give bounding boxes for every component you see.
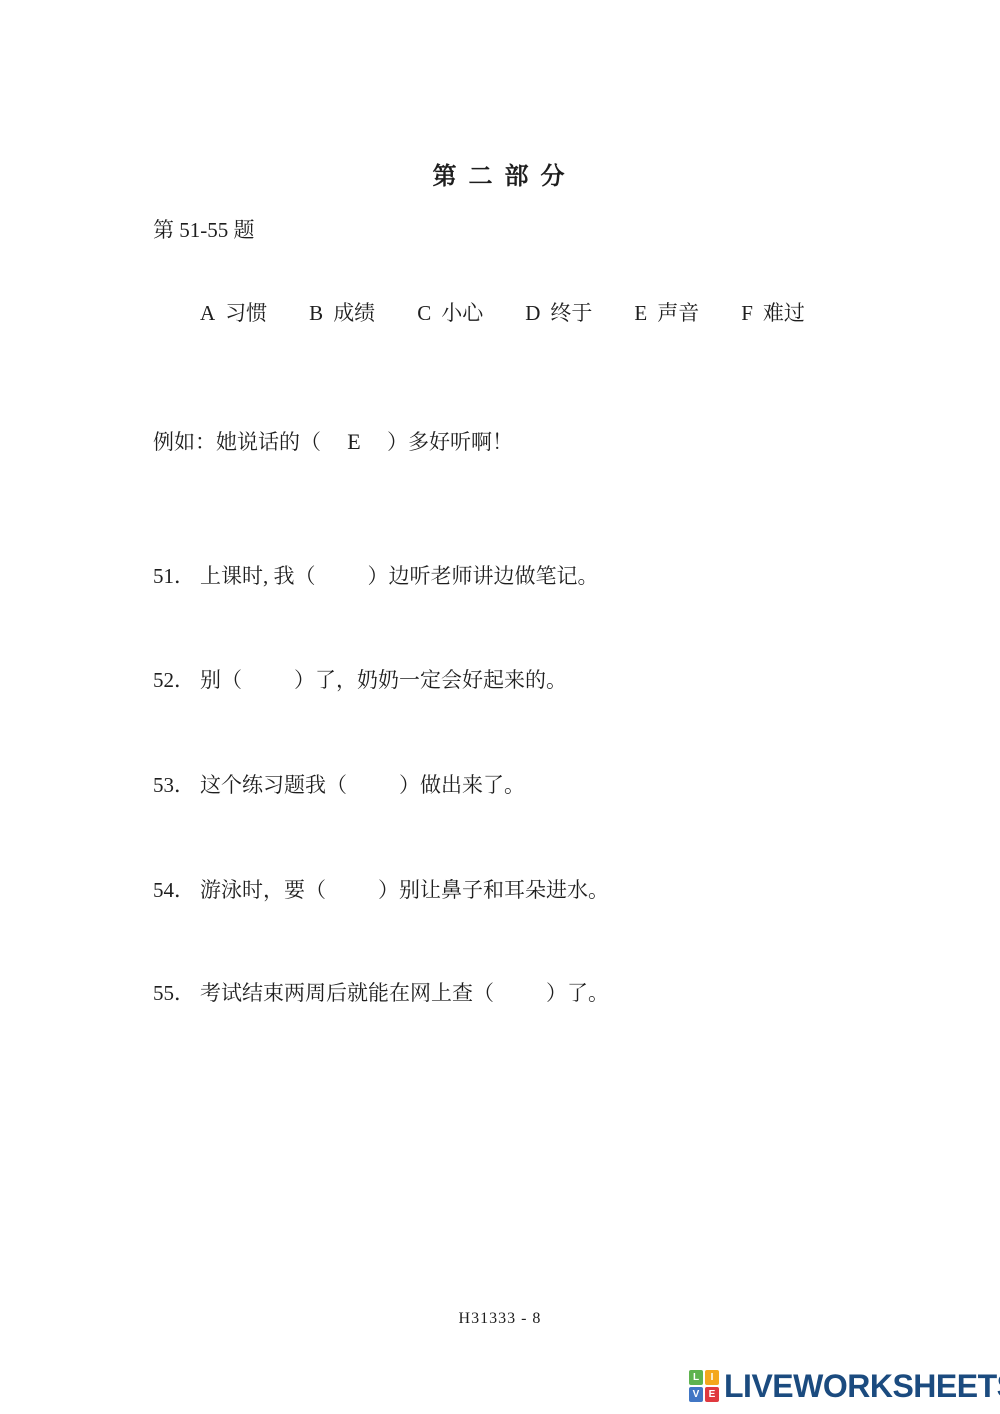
liveworksheets-icon: L I V E [689, 1370, 719, 1402]
question-text-before: 考试结束两周后就能在网上查（ [200, 981, 494, 1005]
question-text-after: ）了，奶奶一定会好起来的。 [294, 668, 567, 692]
logo-square-l: L [689, 1370, 703, 1385]
example-answer: E [321, 429, 387, 455]
option-c: C小心 [417, 297, 483, 327]
worksheet-page: 第 二 部 分 第 51-55 题 A习惯 B成绩 C小心 D终于 E声音 F难… [0, 0, 1000, 1414]
option-letter: D [525, 301, 540, 326]
logo-text: LIVEWORKSHEETS [724, 1370, 1000, 1402]
answer-blank-54[interactable] [326, 883, 378, 897]
option-d: D终于 [525, 297, 592, 327]
option-word: 声音 [657, 297, 699, 327]
option-letter: F [741, 301, 753, 326]
answer-blank-52[interactable] [242, 673, 294, 687]
logo-square-e: E [705, 1387, 719, 1402]
question-number: 52． [153, 664, 198, 694]
option-word: 终于 [550, 297, 592, 327]
question-text-before: 这个练习题我（ [200, 773, 347, 797]
question-text-after: ）做出来了。 [399, 773, 525, 797]
option-a: A习惯 [200, 297, 267, 327]
question-52: 52．别（）了，奶奶一定会好起来的。 [153, 664, 567, 694]
question-number: 53． [153, 769, 198, 799]
question-text-before: 上课时, 我（ [200, 564, 316, 588]
option-word: 成绩 [333, 297, 375, 327]
example-label: 例如： [153, 430, 216, 454]
question-number: 51． [153, 560, 198, 590]
option-word: 难过 [763, 297, 805, 327]
question-54: 54．游泳时，要（）别让鼻子和耳朵进水。 [153, 874, 609, 904]
option-letter: E [634, 301, 647, 326]
option-e: E声音 [634, 297, 699, 327]
page-title: 第 二 部 分 [0, 156, 1000, 191]
question-51: 51．上课时, 我（）边听老师讲边做笔记。 [153, 560, 599, 590]
option-letter: A [200, 301, 215, 326]
question-53: 53．这个练习题我（）做出来了。 [153, 769, 525, 799]
option-b: B成绩 [309, 297, 375, 327]
logo-square-v: V [689, 1387, 703, 1402]
question-text-before: 别（ [200, 668, 242, 692]
liveworksheets-logo[interactable]: L I V E LIVEWORKSHEETS [689, 1370, 1000, 1402]
option-letter: C [417, 301, 431, 326]
question-text-before: 游泳时，要（ [200, 878, 326, 902]
question-55: 55．考试结束两周后就能在网上查（）了。 [153, 977, 609, 1007]
option-letter: B [309, 301, 323, 326]
question-text-after: ）了。 [546, 981, 609, 1005]
example-text-before: 她说话的（ [216, 430, 321, 454]
example-row: 例如：她说话的（E）多好听啊！ [153, 426, 513, 456]
logo-square-i: I [705, 1370, 719, 1385]
option-word: 习惯 [225, 297, 267, 327]
answer-blank-51[interactable] [316, 569, 368, 583]
footer-code: H31333 - 8 [0, 1310, 1000, 1328]
options-row: A习惯 B成绩 C小心 D终于 E声音 F难过 [200, 297, 805, 327]
answer-blank-53[interactable] [347, 778, 399, 792]
answer-blank-55[interactable] [494, 986, 546, 1000]
question-text-after: ）边听老师讲边做笔记。 [368, 564, 599, 588]
question-number: 55． [153, 977, 198, 1007]
example-text-after: ）多好听啊！ [387, 430, 513, 454]
question-text-after: ）别让鼻子和耳朵进水。 [378, 878, 609, 902]
option-word: 小心 [441, 297, 483, 327]
section-label: 第 51-55 题 [153, 214, 255, 244]
option-f: F难过 [741, 297, 805, 327]
question-number: 54． [153, 874, 198, 904]
